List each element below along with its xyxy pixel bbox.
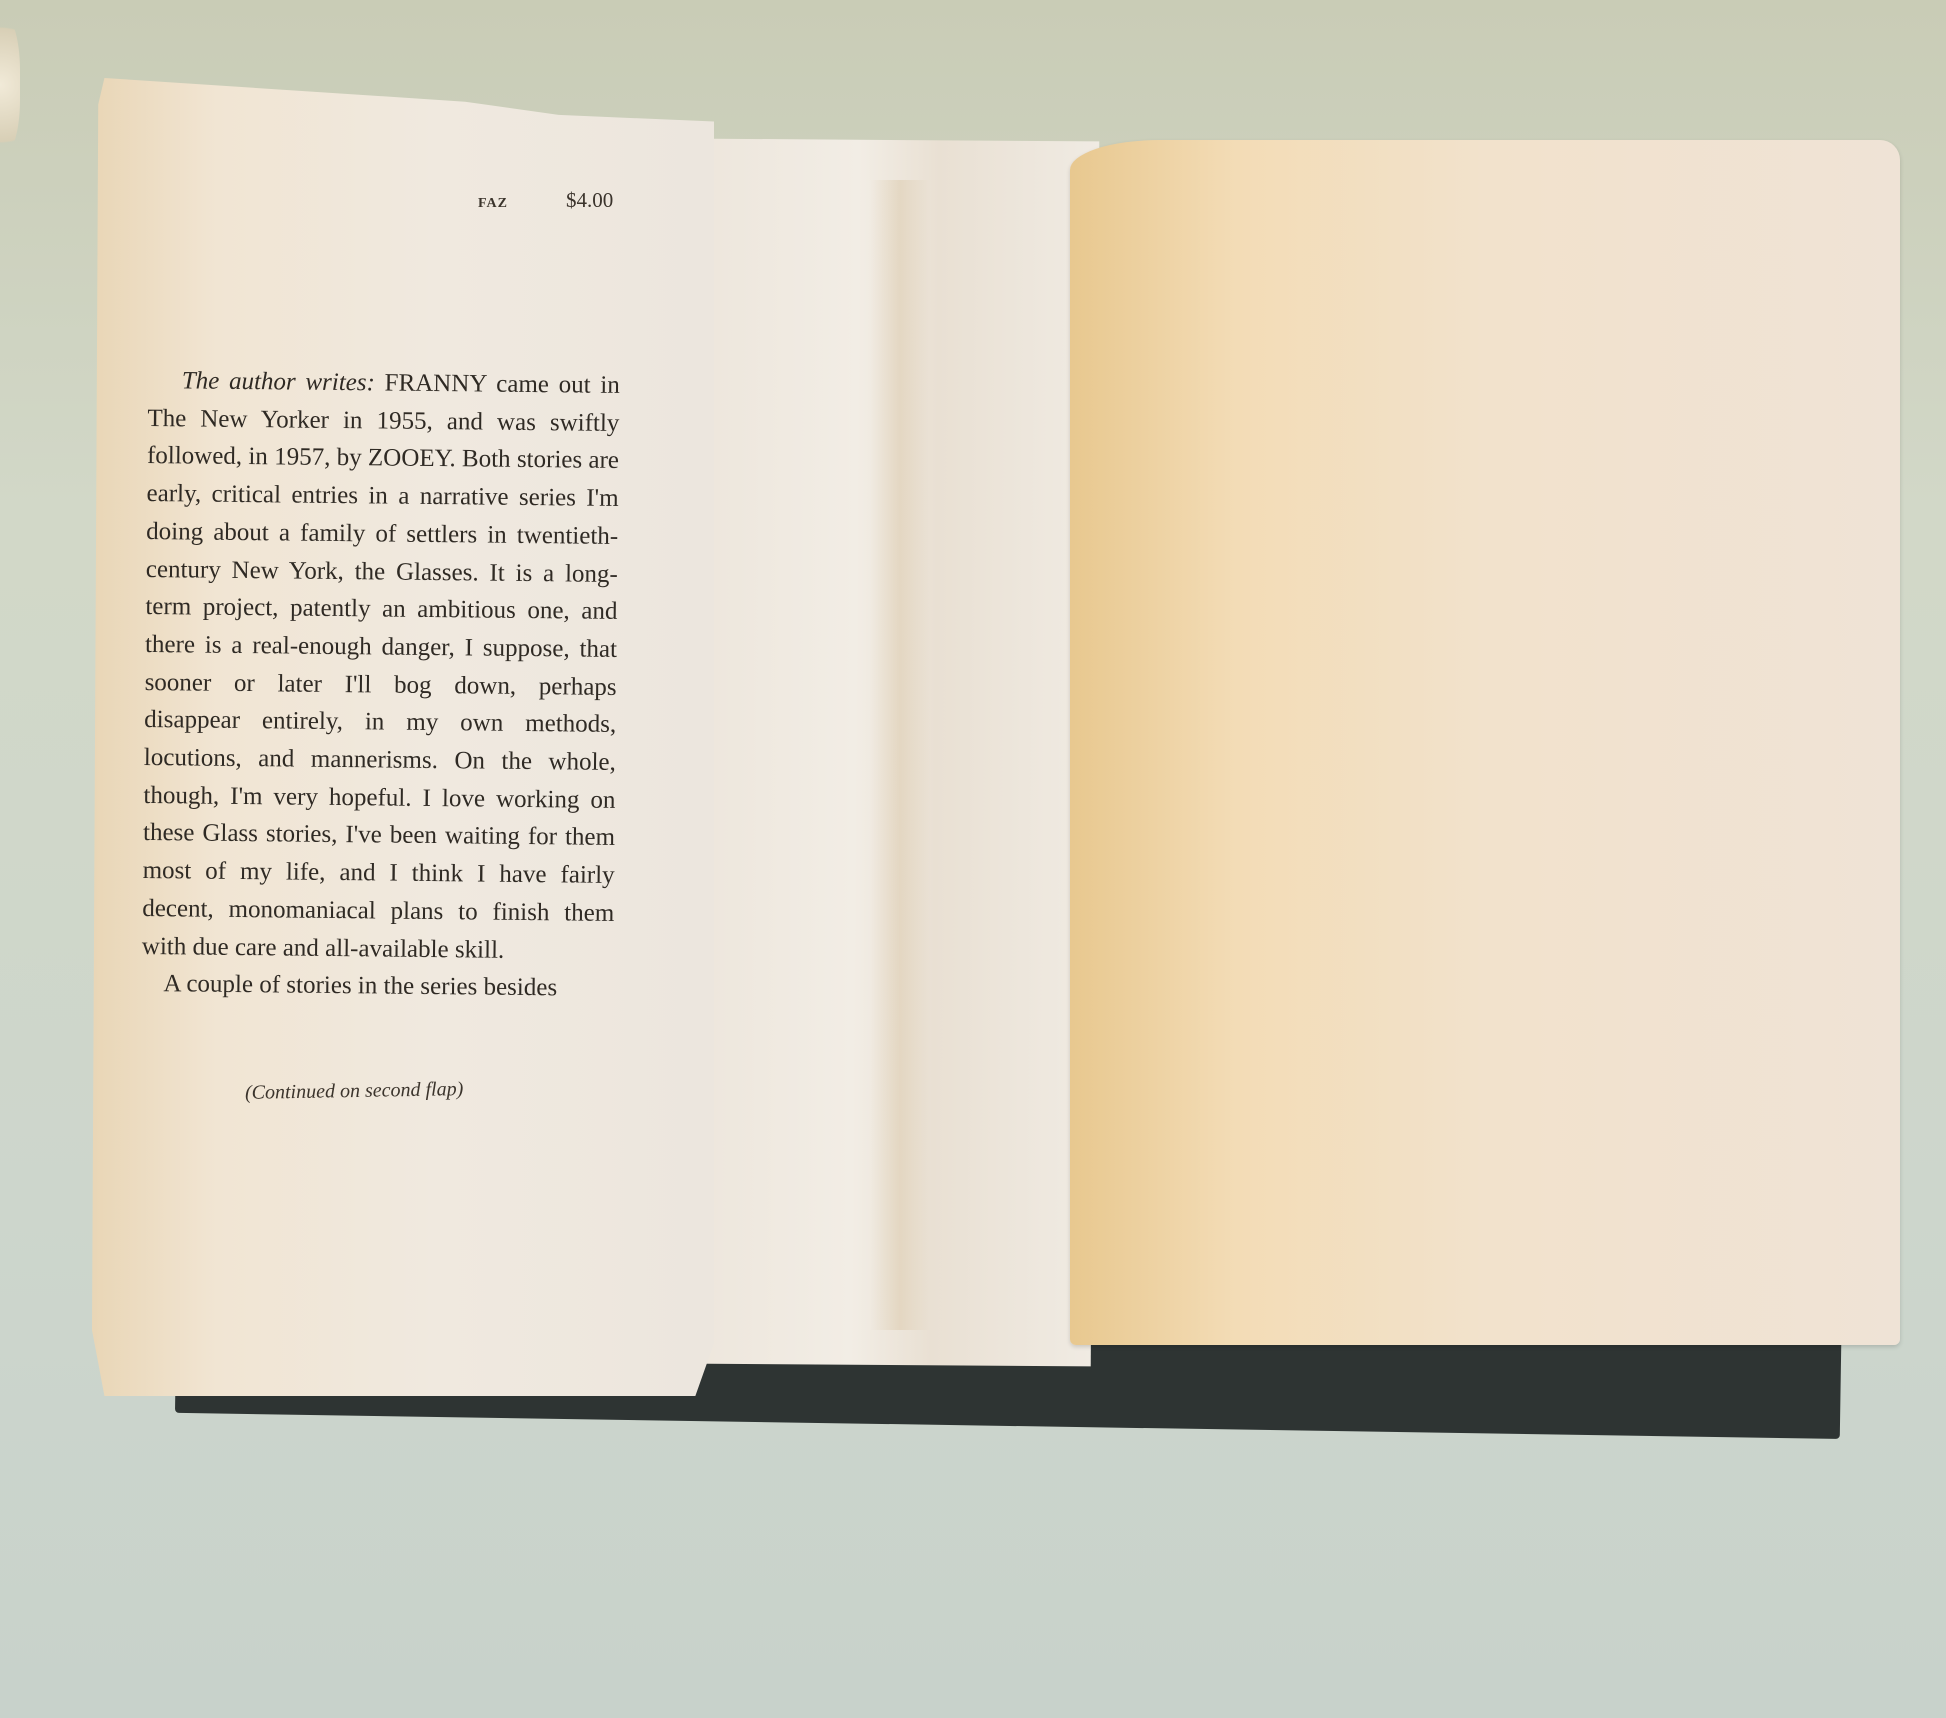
blank-endpaper <box>1070 140 1900 1345</box>
price-label: $4.00 <box>566 188 613 213</box>
blurb-paragraph-1: The author writes: FRANNY came out in Th… <box>142 362 620 970</box>
blurb-paragraph-2: A couple of stories in the series beside… <box>141 965 613 1008</box>
seashell-decoration <box>0 10 20 160</box>
price-row: FAZ $4.00 <box>478 188 613 213</box>
paragraph-1-text: FRANNY came out in The New Yorker in 195… <box>142 369 620 963</box>
intro-italic: The author writes: <box>182 367 375 396</box>
flap-blurb: The author writes: FRANNY came out in Th… <box>141 362 620 1008</box>
continued-note: (Continued on second flap) <box>245 1078 464 1105</box>
publisher-code: FAZ <box>478 196 508 212</box>
paper-stain <box>870 180 930 1330</box>
